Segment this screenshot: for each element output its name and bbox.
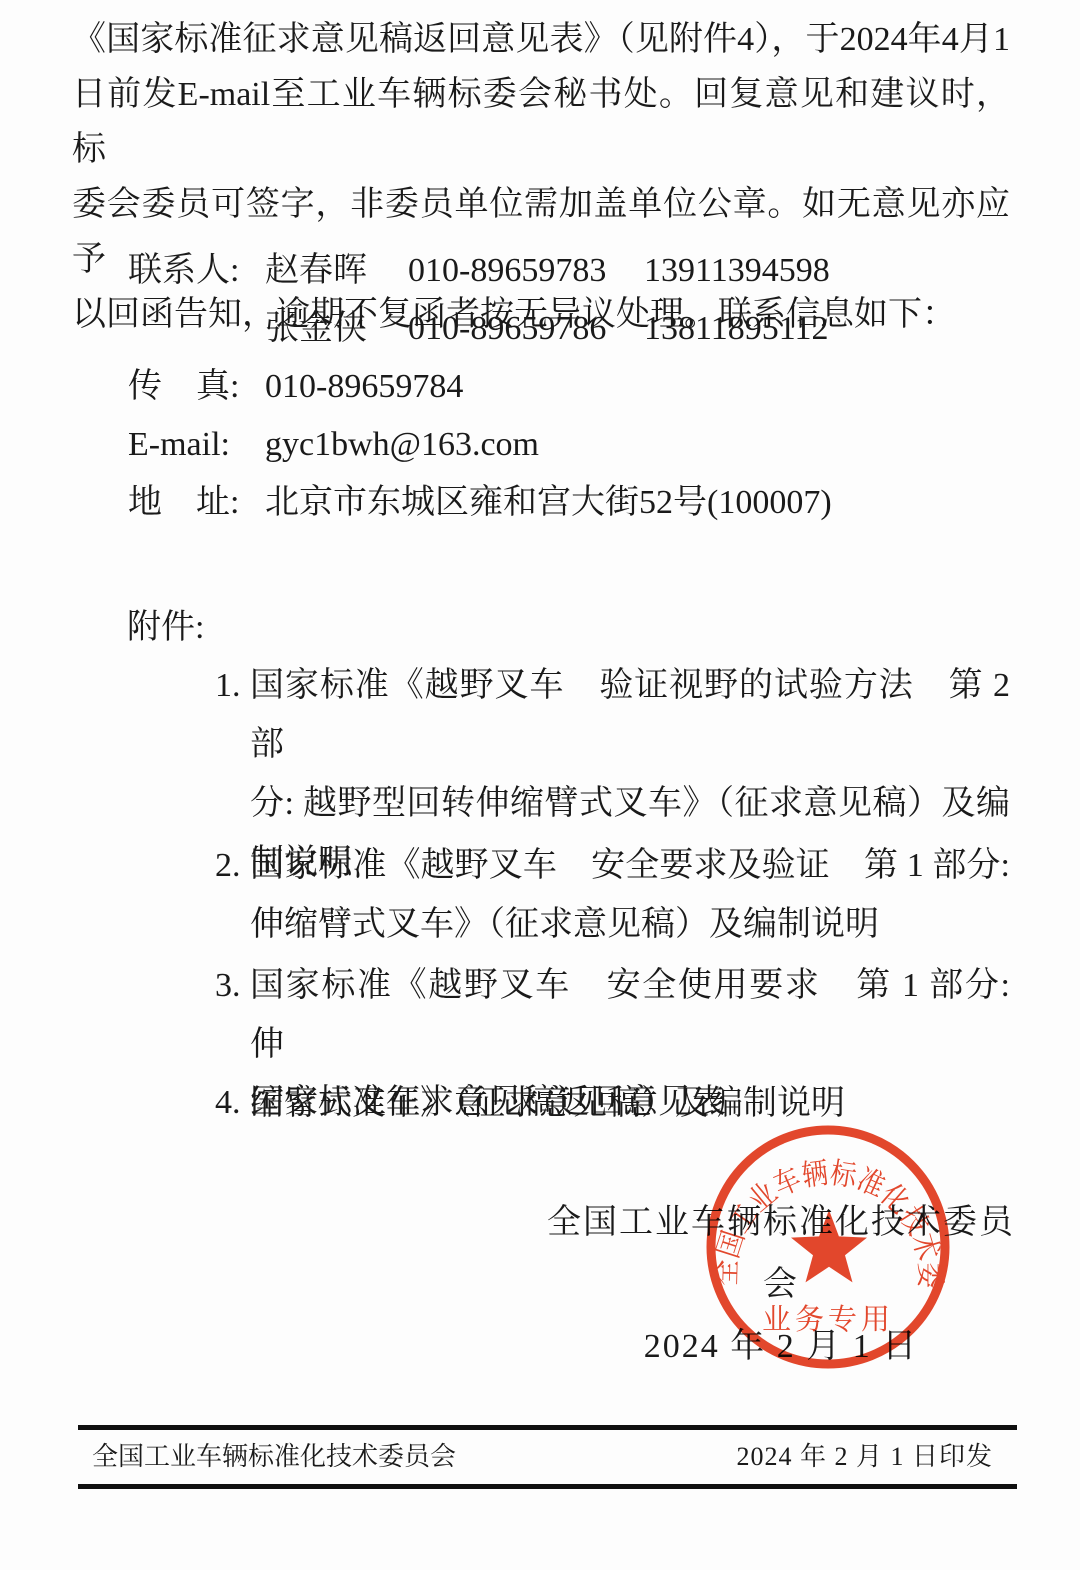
contact-mobile: 13911394598 xyxy=(644,242,830,300)
email-address: gyc1bwh@163.com xyxy=(265,416,539,474)
attachment-line: 分: 越野型回转伸缩臂式叉车》（征求意见稿）及编 xyxy=(250,774,1010,833)
fax-row: 传 真: 010-89659784 xyxy=(128,358,1018,416)
document-page: 《国家标准征求意见稿返回意见表》（见附件4），于2024年4月1 日前发E-ma… xyxy=(0,0,1080,1570)
attachment-number: 3. xyxy=(215,956,250,1015)
footer-org: 全国工业车辆标准化技术委员会 xyxy=(92,1440,456,1474)
attachment-line: 国家标准《越野叉车 安全使用要求 第 1 部分: 伸 xyxy=(250,956,1010,1074)
fax-number: 010-89659784 xyxy=(265,358,463,416)
attachment-text: 国家标准《越野叉车 安全要求及验证 第 1 部分: 伸缩臂式叉车》（征求意见稿）… xyxy=(250,836,1010,954)
contact-name: 赵春晖 xyxy=(265,242,408,300)
seal-bottom-text: 业务专用 xyxy=(762,1303,894,1336)
contact-row: 张金侠 010-89659786 13811895112 xyxy=(128,300,1018,358)
seal-star-icon xyxy=(791,1210,867,1282)
email-row: E-mail: gyc1bwh@163.com xyxy=(128,416,1018,474)
contact-name: 张金侠 xyxy=(265,300,408,358)
footer-print-date: 2024 年 2 月 1 日印发 xyxy=(736,1440,993,1474)
footer: 全国工业车辆标准化技术委员会 2024 年 2 月 1 日印发 xyxy=(78,1440,1017,1474)
paragraph-line: 日前发E-mail至工业车辆标委会秘书处。回复意见和建议时，标 xyxy=(72,67,1010,177)
contact-block: 联系人: 赵春晖 010-89659783 13911394598 张金侠 01… xyxy=(128,242,1018,532)
attachment-number: 1. xyxy=(215,656,250,715)
email-label: E-mail: xyxy=(128,416,265,474)
address-label: 地 址: xyxy=(128,474,265,532)
contact-mobile: 13811895112 xyxy=(644,300,828,358)
contact-phone: 010-89659783 xyxy=(408,242,644,300)
contact-label xyxy=(128,300,265,358)
contact-phone: 010-89659786 xyxy=(408,300,644,358)
address-value: 北京市东城区雍和宫大街52号(100007) xyxy=(265,474,832,532)
contact-row: 联系人: 赵春晖 010-89659783 13911394598 xyxy=(128,242,1018,300)
attachments-heading: 附件: xyxy=(127,598,204,657)
attachment-item: 2. 国家标准《越野叉车 安全要求及验证 第 1 部分: 伸缩臂式叉车》（征求意… xyxy=(215,836,1010,954)
footer-top-rule xyxy=(78,1425,1017,1430)
attachment-number: 4. xyxy=(215,1073,250,1132)
contact-label: 联系人: xyxy=(128,242,265,300)
fax-label: 传 真: xyxy=(128,358,265,416)
footer-bottom-rule xyxy=(78,1484,1017,1489)
attachment-line: 国家标准《越野叉车 安全要求及验证 第 1 部分: xyxy=(250,836,1010,895)
attachment-number: 2. xyxy=(215,836,250,895)
address-row: 地 址: 北京市东城区雍和宫大街52号(100007) xyxy=(128,474,1018,532)
official-seal: 全国工业车辆标准化技术委员会 业务专用 xyxy=(703,1122,953,1372)
paragraph-line: 《国家标准征求意见稿返回意见表》（见附件4），于2024年4月1 xyxy=(72,12,1010,67)
attachment-line: 国家标准《越野叉车 验证视野的试验方法 第 2 部 xyxy=(250,656,1010,774)
attachment-line: 伸缩臂式叉车》（征求意见稿）及编制说明 xyxy=(250,895,1010,954)
